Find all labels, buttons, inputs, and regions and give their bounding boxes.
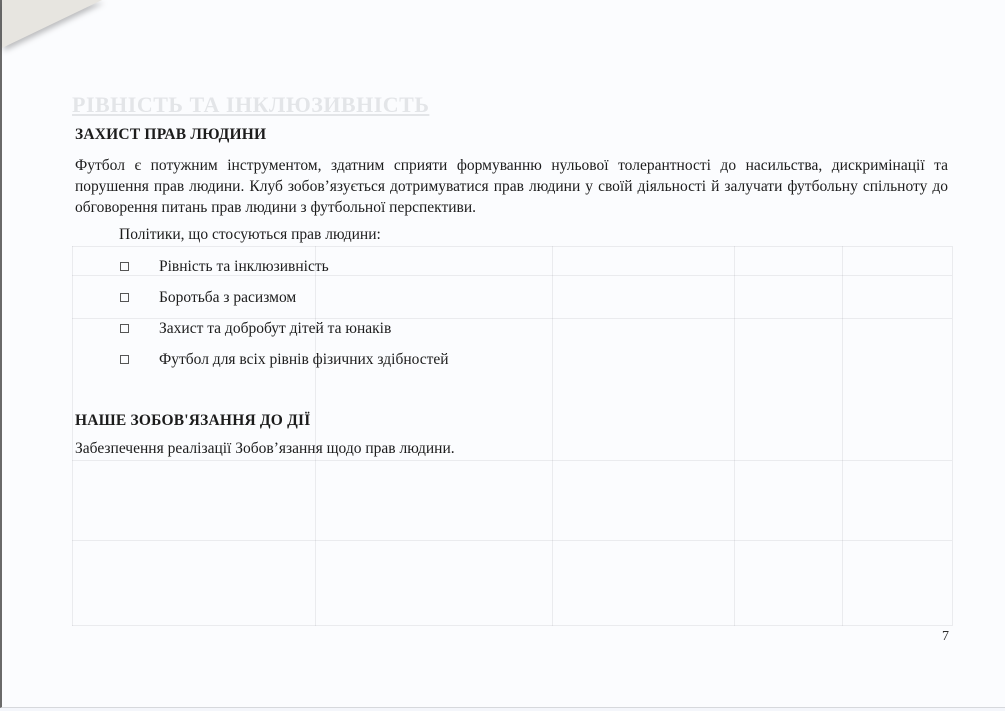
section-heading: ЗАХИСТ ПРАВ ЛЮДИНИ [75,124,948,145]
checkbox-icon [120,324,129,333]
checkbox-icon [120,293,129,302]
section-heading: НАШЕ ЗОБОВ'ЯЗАННЯ ДО ДІЇ [75,410,948,431]
policy-label: Рівність та інклюзивність [159,256,329,277]
page-number: 7 [942,629,949,645]
policies-list: Рівність та інклюзивність Боротьба з рас… [75,251,948,375]
ghost-table-line [72,246,73,626]
policy-item: Рівність та інклюзивність [75,251,948,282]
ghost-table-line [952,246,953,626]
policy-item: Боротьба з расизмом [75,282,948,313]
policy-label: Захист та добробут дітей та юнаків [159,318,391,339]
human-rights-section: ЗАХИСТ ПРАВ ЛЮДИНИ Футбол є потужним інс… [75,124,948,375]
ghost-table-line [72,460,952,461]
document-page: РІВНІСТЬ ТА ІНКЛЮЗИВНІСТЬ ЗАХИСТ ПРАВ ЛЮ… [0,0,1005,708]
checkbox-icon [120,262,129,271]
policy-label: Футбол для всіх рівнів фізичних здібност… [159,349,449,370]
policies-intro: Політики, що стосуються прав людини: [75,224,948,245]
ghost-table-line [72,540,952,541]
policy-item: Футбол для всіх рівнів фізичних здібност… [75,344,948,375]
policy-item: Захист та добробут дітей та юнаків [75,313,948,344]
ghost-heading: РІВНІСТЬ ТА ІНКЛЮЗИВНІСТЬ [72,92,429,118]
section-paragraph: Футбол є потужним інструментом, здатним … [75,155,948,218]
checkbox-icon [120,355,129,364]
page-curl-corner [2,0,102,48]
ghost-table-line [72,625,952,626]
policy-label: Боротьба з расизмом [159,287,296,308]
commitment-section: НАШЕ ЗОБОВ'ЯЗАННЯ ДО ДІЇ Забезпечення ре… [75,410,948,459]
section-paragraph: Забезпечення реалізації Зобов’язання щод… [75,438,948,459]
